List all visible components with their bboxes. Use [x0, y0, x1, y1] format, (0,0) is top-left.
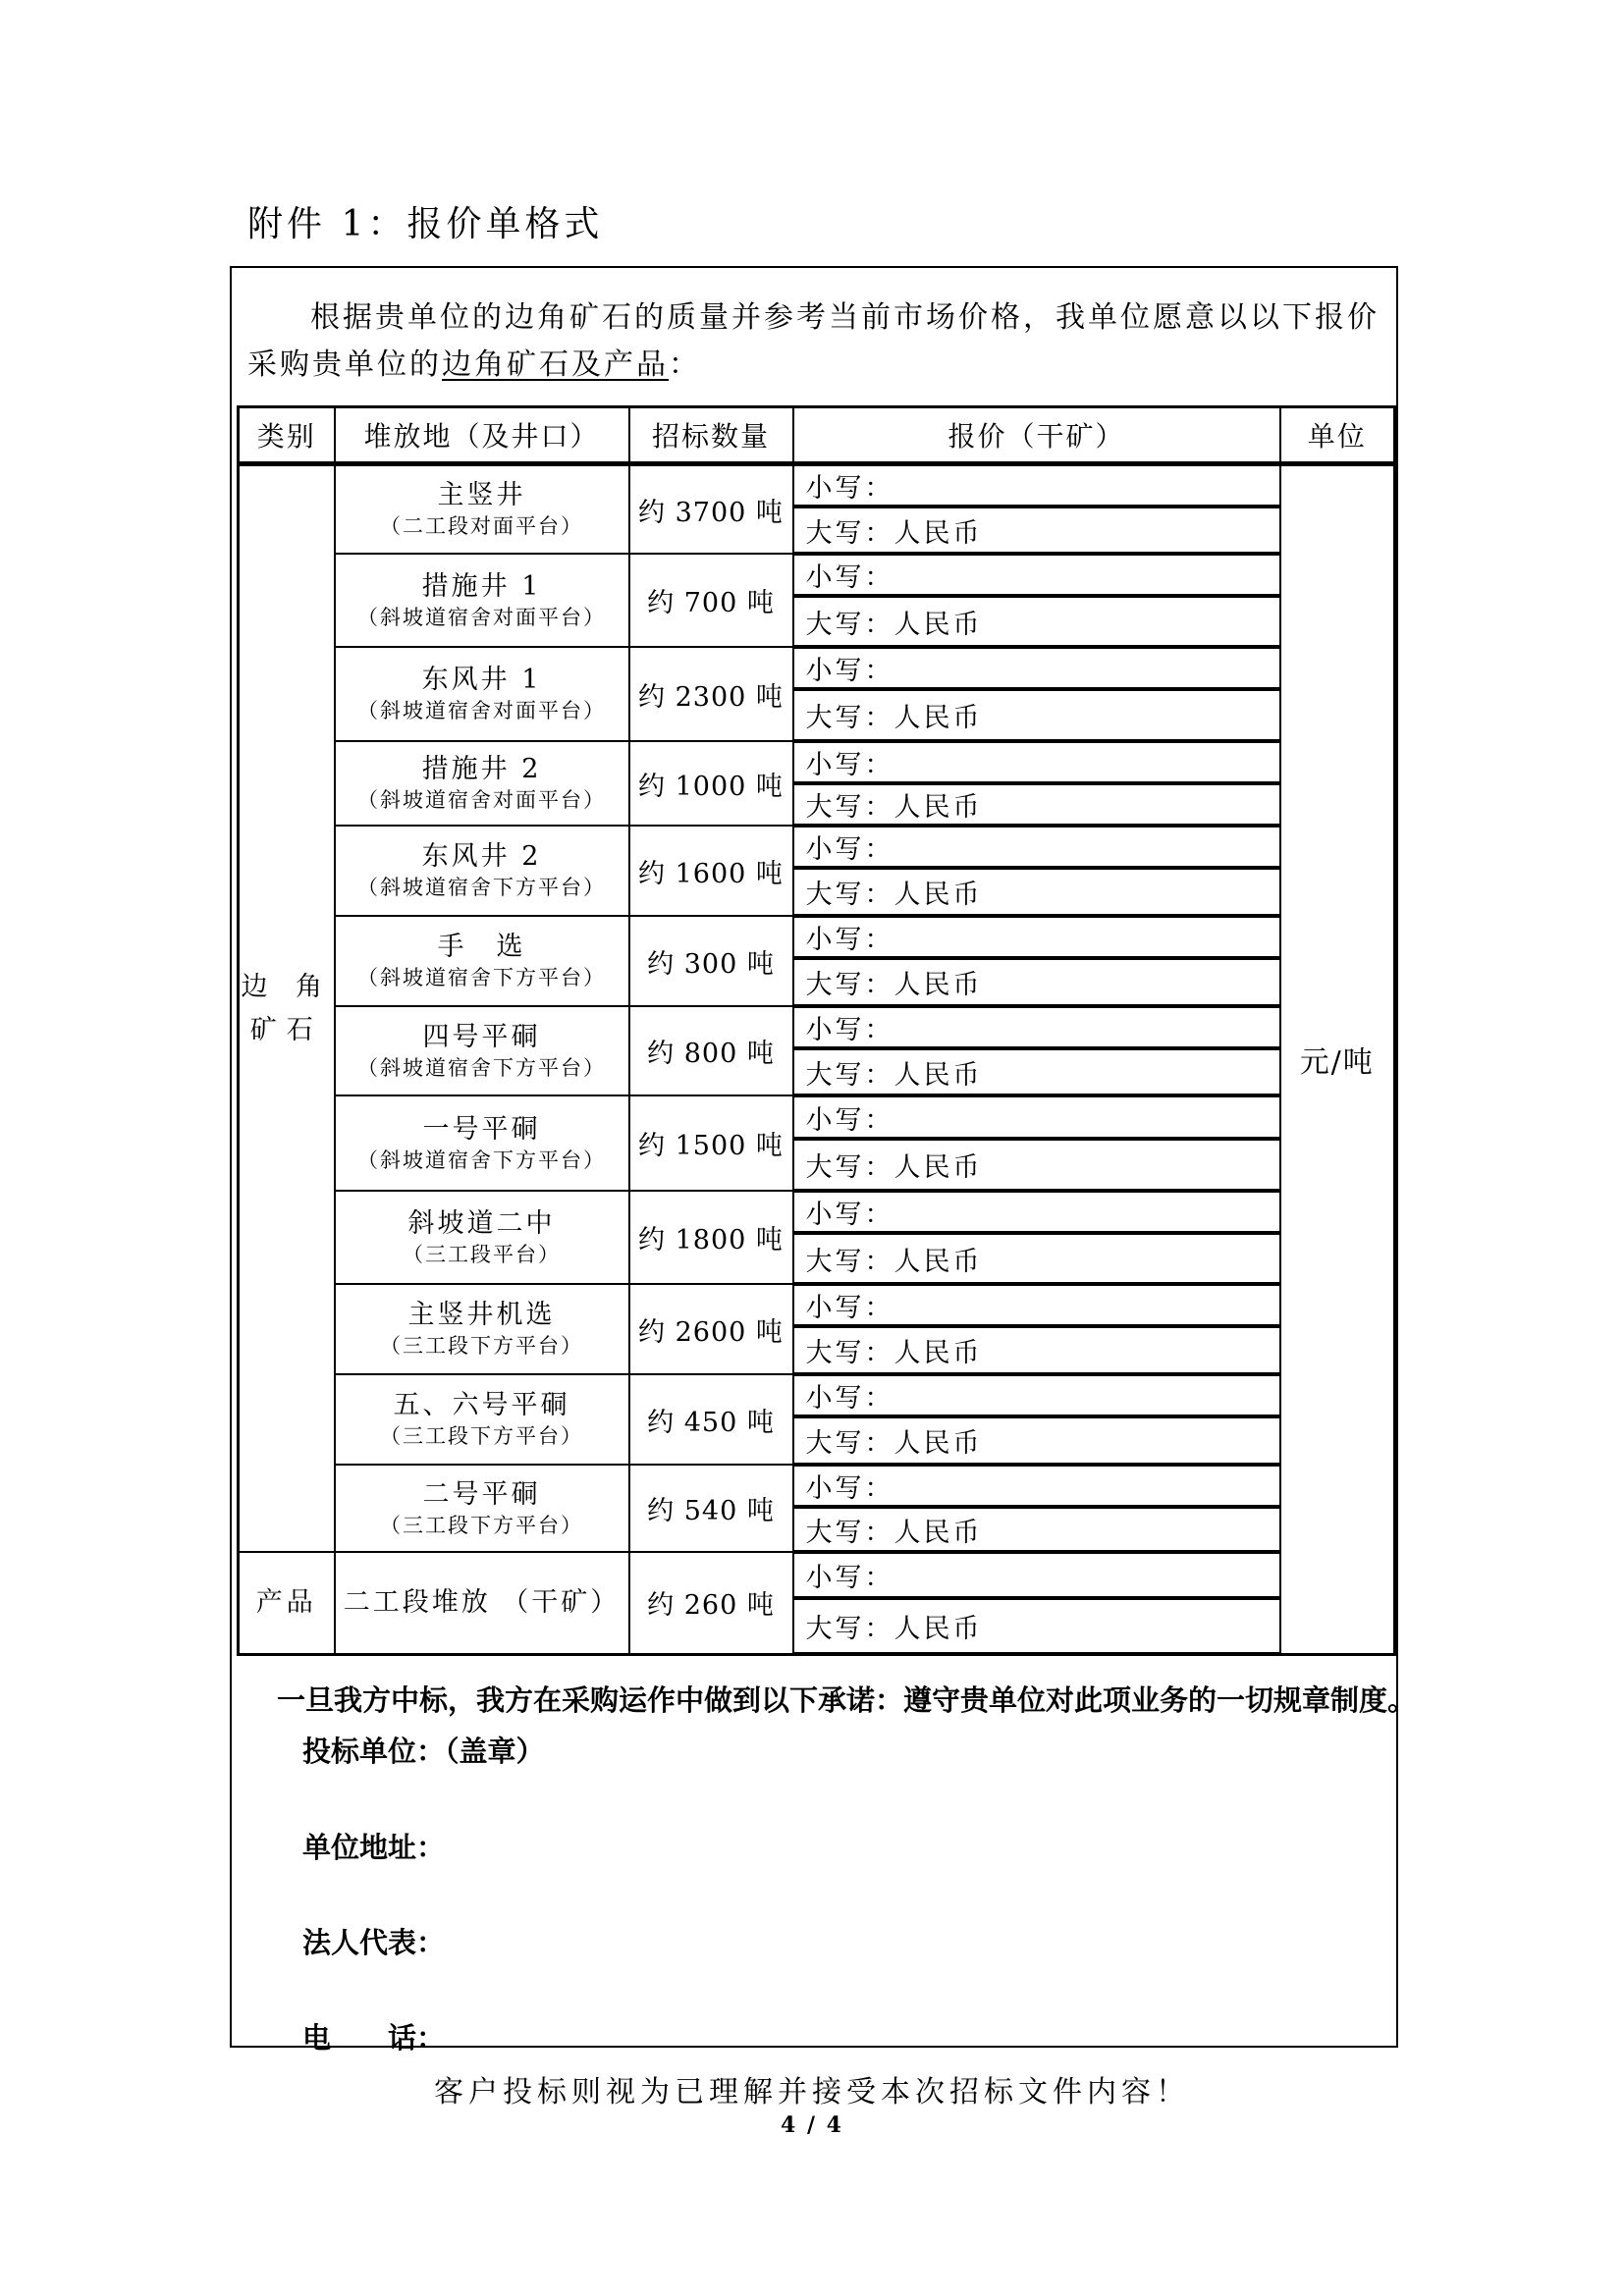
intro-colon: ：	[669, 347, 701, 382]
location-cell: 主竖井 （二工段对面平台）	[335, 464, 629, 555]
price-uppercase-field[interactable]: 大写：人民币	[793, 1416, 1280, 1465]
header-category: 类别	[239, 407, 335, 464]
legal-rep-field[interactable]: 法人代表：	[302, 1921, 445, 1961]
table-row: 产品 二工段堆放 （干矿） 约 260 吨 小写：	[239, 1552, 1395, 1598]
price-uppercase-field[interactable]: 大写：人民币	[793, 868, 1280, 916]
price-uppercase-field[interactable]: 大写：人民币	[793, 1598, 1280, 1654]
price-uppercase-field[interactable]: 大写：人民币	[793, 1139, 1280, 1191]
page-title: 附件 1：报价单格式	[247, 196, 603, 246]
quantity-cell: 约 700 吨	[629, 554, 793, 647]
location-name: 一号平硐	[336, 1113, 628, 1147]
price-lowercase-field[interactable]: 小写：	[793, 826, 1280, 868]
location-name: 二号平硐	[336, 1478, 628, 1512]
table-row: 措施井 1 （斜坡道宿舍对面平台） 约 700 吨 小写：	[239, 554, 1395, 596]
intro-paragraph: 根据贵单位的边角矿石的质量并参考当前市场价格，我单位愿意以以下报价采购贵单位的边…	[247, 294, 1386, 389]
bidder-field[interactable]: 投标单位：（盖章）	[302, 1730, 545, 1770]
location-sub: （三工段下方平台）	[336, 1422, 628, 1450]
footer-note: 客户投标则视为已理解并接受本次招标文件内容！	[0, 2067, 1624, 2110]
table-header-row: 类别 堆放地（及井口） 招标数量 报价（干矿） 单位	[239, 407, 1395, 464]
location-cell: 东风井 2 （斜坡道宿舍下方平台）	[335, 826, 629, 916]
location-cell: 一号平硐 （斜坡道宿舍下方平台）	[335, 1095, 629, 1191]
location-name: 措施井 1	[336, 570, 628, 604]
table-row: 主竖井机选 （三工段下方平台） 约 2600 吨 小写：	[239, 1284, 1395, 1326]
price-lowercase-field[interactable]: 小写：	[793, 554, 1280, 596]
price-uppercase-field[interactable]: 大写：人民币	[793, 1048, 1280, 1095]
quantity-cell: 约 540 吨	[629, 1465, 793, 1552]
location-cell: 二工段堆放 （干矿）	[335, 1552, 629, 1654]
quantity-cell: 约 1600 吨	[629, 826, 793, 916]
table-row: 斜坡道二中 （三工段平台） 约 1800 吨 小写：	[239, 1191, 1395, 1233]
location-sub: （二工段对面平台）	[336, 512, 628, 540]
location-cell: 四号平硐 （斜坡道宿舍下方平台）	[335, 1006, 629, 1095]
price-lowercase-field[interactable]: 小写：	[793, 464, 1280, 507]
table-row: 东风井 2 （斜坡道宿舍下方平台） 约 1600 吨 小写：	[239, 826, 1395, 868]
promise-statement: 一旦我方中标，我方在采购运作中做到以下承诺：遵守贵单位对此项业务的一切规章制度。	[277, 1679, 1416, 1719]
location-cell: 二号平硐 （三工段下方平台）	[335, 1465, 629, 1552]
table-row: 手 选 （斜坡道宿舍下方平台） 约 300 吨 小写：	[239, 916, 1395, 958]
quote-table: 类别 堆放地（及井口） 招标数量 报价（干矿） 单位 边 角 矿石 主竖井 （二…	[237, 405, 1396, 1656]
header-quantity: 招标数量	[629, 407, 793, 464]
location-cell: 措施井 2 （斜坡道宿舍对面平台）	[335, 741, 629, 826]
location-name: 二工段堆放 （干矿）	[336, 1586, 628, 1620]
location-name: 手 选	[336, 931, 628, 964]
location-name: 东风井 2	[336, 840, 628, 874]
quantity-cell: 约 2300 吨	[629, 647, 793, 741]
location-sub: （三工段平台）	[336, 1241, 628, 1268]
quantity-cell: 约 1800 吨	[629, 1191, 793, 1284]
header-price: 报价（干矿）	[793, 407, 1280, 464]
table-row: 二号平硐 （三工段下方平台） 约 540 吨 小写：	[239, 1465, 1395, 1507]
quantity-cell: 约 3700 吨	[629, 464, 793, 555]
quantity-cell: 约 260 吨	[629, 1552, 793, 1654]
location-name: 五、六号平硐	[336, 1389, 628, 1422]
price-lowercase-field[interactable]: 小写：	[793, 1374, 1280, 1416]
page-number: 4 / 4	[0, 2112, 1624, 2138]
price-lowercase-field[interactable]: 小写：	[793, 1552, 1280, 1598]
category-cell-ore: 边 角 矿石	[239, 464, 335, 1553]
location-cell: 手 选 （斜坡道宿舍下方平台）	[335, 916, 629, 1006]
address-field[interactable]: 单位地址：	[302, 1826, 445, 1866]
location-sub: （斜坡道宿舍下方平台）	[336, 1147, 628, 1174]
location-cell: 措施井 1 （斜坡道宿舍对面平台）	[335, 554, 629, 647]
location-name: 斜坡道二中	[336, 1207, 628, 1241]
price-lowercase-field[interactable]: 小写：	[793, 916, 1280, 958]
location-name: 措施井 2	[336, 753, 628, 786]
category-line-1: 边 角	[240, 966, 334, 1009]
location-sub: （三工段下方平台）	[336, 1332, 628, 1360]
table-row: 东风井 1 （斜坡道宿舍对面平台） 约 2300 吨 小写：	[239, 647, 1395, 689]
price-uppercase-field[interactable]: 大写：人民币	[793, 689, 1280, 741]
location-cell: 五、六号平硐 （三工段下方平台）	[335, 1374, 629, 1465]
price-lowercase-field[interactable]: 小写：	[793, 1095, 1280, 1139]
table-row: 一号平硐 （斜坡道宿舍下方平台） 约 1500 吨 小写：	[239, 1095, 1395, 1139]
price-uppercase-field[interactable]: 大写：人民币	[793, 507, 1280, 554]
table-row: 五、六号平硐 （三工段下方平台） 约 450 吨 小写：	[239, 1374, 1395, 1416]
location-name: 主竖井	[336, 479, 628, 512]
unit-cell: 元/吨	[1280, 464, 1395, 1655]
price-lowercase-field[interactable]: 小写：	[793, 741, 1280, 783]
price-uppercase-field[interactable]: 大写：人民币	[793, 958, 1280, 1006]
location-sub: （斜坡道宿舍下方平台）	[336, 874, 628, 901]
price-lowercase-field[interactable]: 小写：	[793, 647, 1280, 689]
price-uppercase-field[interactable]: 大写：人民币	[793, 1507, 1280, 1552]
quantity-cell: 约 800 吨	[629, 1006, 793, 1095]
table-row: 措施井 2 （斜坡道宿舍对面平台） 约 1000 吨 小写：	[239, 741, 1395, 783]
table-row: 四号平硐 （斜坡道宿舍下方平台） 约 800 吨 小写：	[239, 1006, 1395, 1048]
price-lowercase-field[interactable]: 小写：	[793, 1465, 1280, 1507]
price-uppercase-field[interactable]: 大写：人民币	[793, 1233, 1280, 1284]
quantity-cell: 约 1500 吨	[629, 1095, 793, 1191]
price-lowercase-field[interactable]: 小写：	[793, 1191, 1280, 1233]
location-name: 主竖井机选	[336, 1299, 628, 1332]
intro-underlined: 边角矿石及产品	[442, 347, 669, 382]
quantity-cell: 约 1000 吨	[629, 741, 793, 826]
location-sub: （斜坡道宿舍对面平台）	[336, 604, 628, 631]
quantity-cell: 约 450 吨	[629, 1374, 793, 1465]
location-sub: （斜坡道宿舍对面平台）	[336, 786, 628, 814]
location-cell: 主竖井机选 （三工段下方平台）	[335, 1284, 629, 1374]
location-sub: （三工段下方平台）	[336, 1512, 628, 1539]
price-uppercase-field[interactable]: 大写：人民币	[793, 783, 1280, 826]
location-name: 东风井 1	[336, 664, 628, 697]
location-name: 四号平硐	[336, 1021, 628, 1054]
location-sub: （斜坡道宿舍下方平台）	[336, 964, 628, 991]
category-cell-product: 产品	[239, 1552, 335, 1654]
location-sub: （斜坡道宿舍对面平台）	[336, 697, 628, 724]
phone-field[interactable]: 电 话：	[302, 2016, 445, 2056]
location-cell: 斜坡道二中 （三工段平台）	[335, 1191, 629, 1284]
price-uppercase-field[interactable]: 大写：人民币	[793, 1326, 1280, 1374]
intro-text: 根据贵单位的边角矿石的质量并参考当前市场价格，我单位愿意以以下报价采购贵单位的	[247, 300, 1380, 382]
header-unit: 单位	[1280, 407, 1395, 464]
header-location: 堆放地（及井口）	[335, 407, 629, 464]
category-line-2: 矿石	[240, 1009, 334, 1052]
price-lowercase-field[interactable]: 小写：	[793, 1006, 1280, 1048]
price-lowercase-field[interactable]: 小写：	[793, 1284, 1280, 1326]
quantity-cell: 约 300 吨	[629, 916, 793, 1006]
price-uppercase-field[interactable]: 大写：人民币	[793, 596, 1280, 647]
quantity-cell: 约 2600 吨	[629, 1284, 793, 1374]
location-sub: （斜坡道宿舍下方平台）	[336, 1054, 628, 1082]
table-row: 边 角 矿石 主竖井 （二工段对面平台） 约 3700 吨 小写：元/吨	[239, 464, 1395, 507]
location-cell: 东风井 1 （斜坡道宿舍对面平台）	[335, 647, 629, 741]
